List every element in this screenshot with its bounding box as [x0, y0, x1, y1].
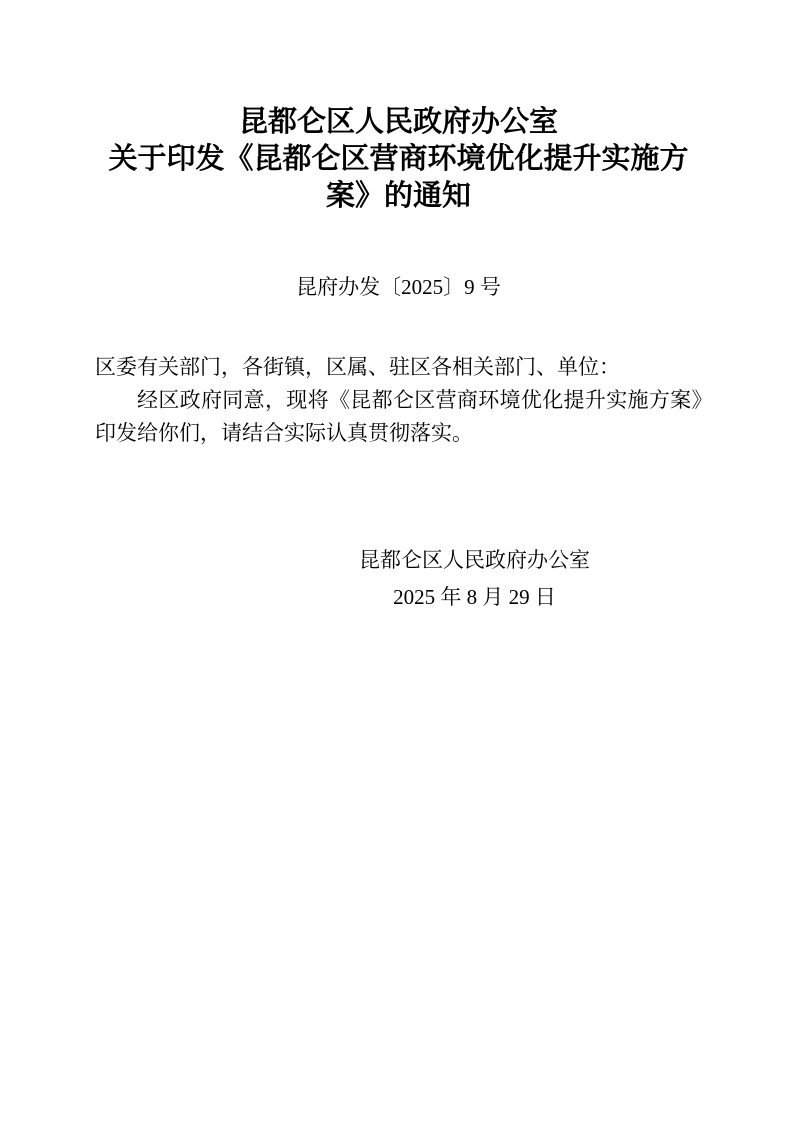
document-page: 昆都仑区人民政府办公室 关于印发《昆都仑区营商环境优化提升实施方案》的通知 昆府… [0, 0, 793, 1122]
document-body: 区委有关部门，各街镇，区属、驻区各相关部门、单位： 经区政府同意，现将《昆都仑区… [95, 351, 702, 450]
document-title: 昆都仑区人民政府办公室 关于印发《昆都仑区营商环境优化提升实施方案》的通知 [95, 104, 702, 215]
signoff-date: 2025 年 8 月 29 日 [359, 579, 590, 616]
title-issuing-org: 昆都仑区人民政府办公室 [95, 104, 702, 141]
document-number: 昆府办发〔2025〕9 号 [95, 275, 702, 299]
salutation-line: 区委有关部门，各街镇，区属、驻区各相关部门、单位： [95, 351, 702, 384]
body-paragraph: 经区政府同意，现将《昆都仑区营商环境优化提升实施方案》印发给你们，请结合实际认真… [95, 384, 702, 450]
signoff-block: 昆都仑区人民政府办公室 2025 年 8 月 29 日 [359, 542, 590, 616]
signoff-org: 昆都仑区人民政府办公室 [359, 542, 590, 579]
title-subject: 关于印发《昆都仑区营商环境优化提升实施方案》的通知 [95, 141, 702, 215]
